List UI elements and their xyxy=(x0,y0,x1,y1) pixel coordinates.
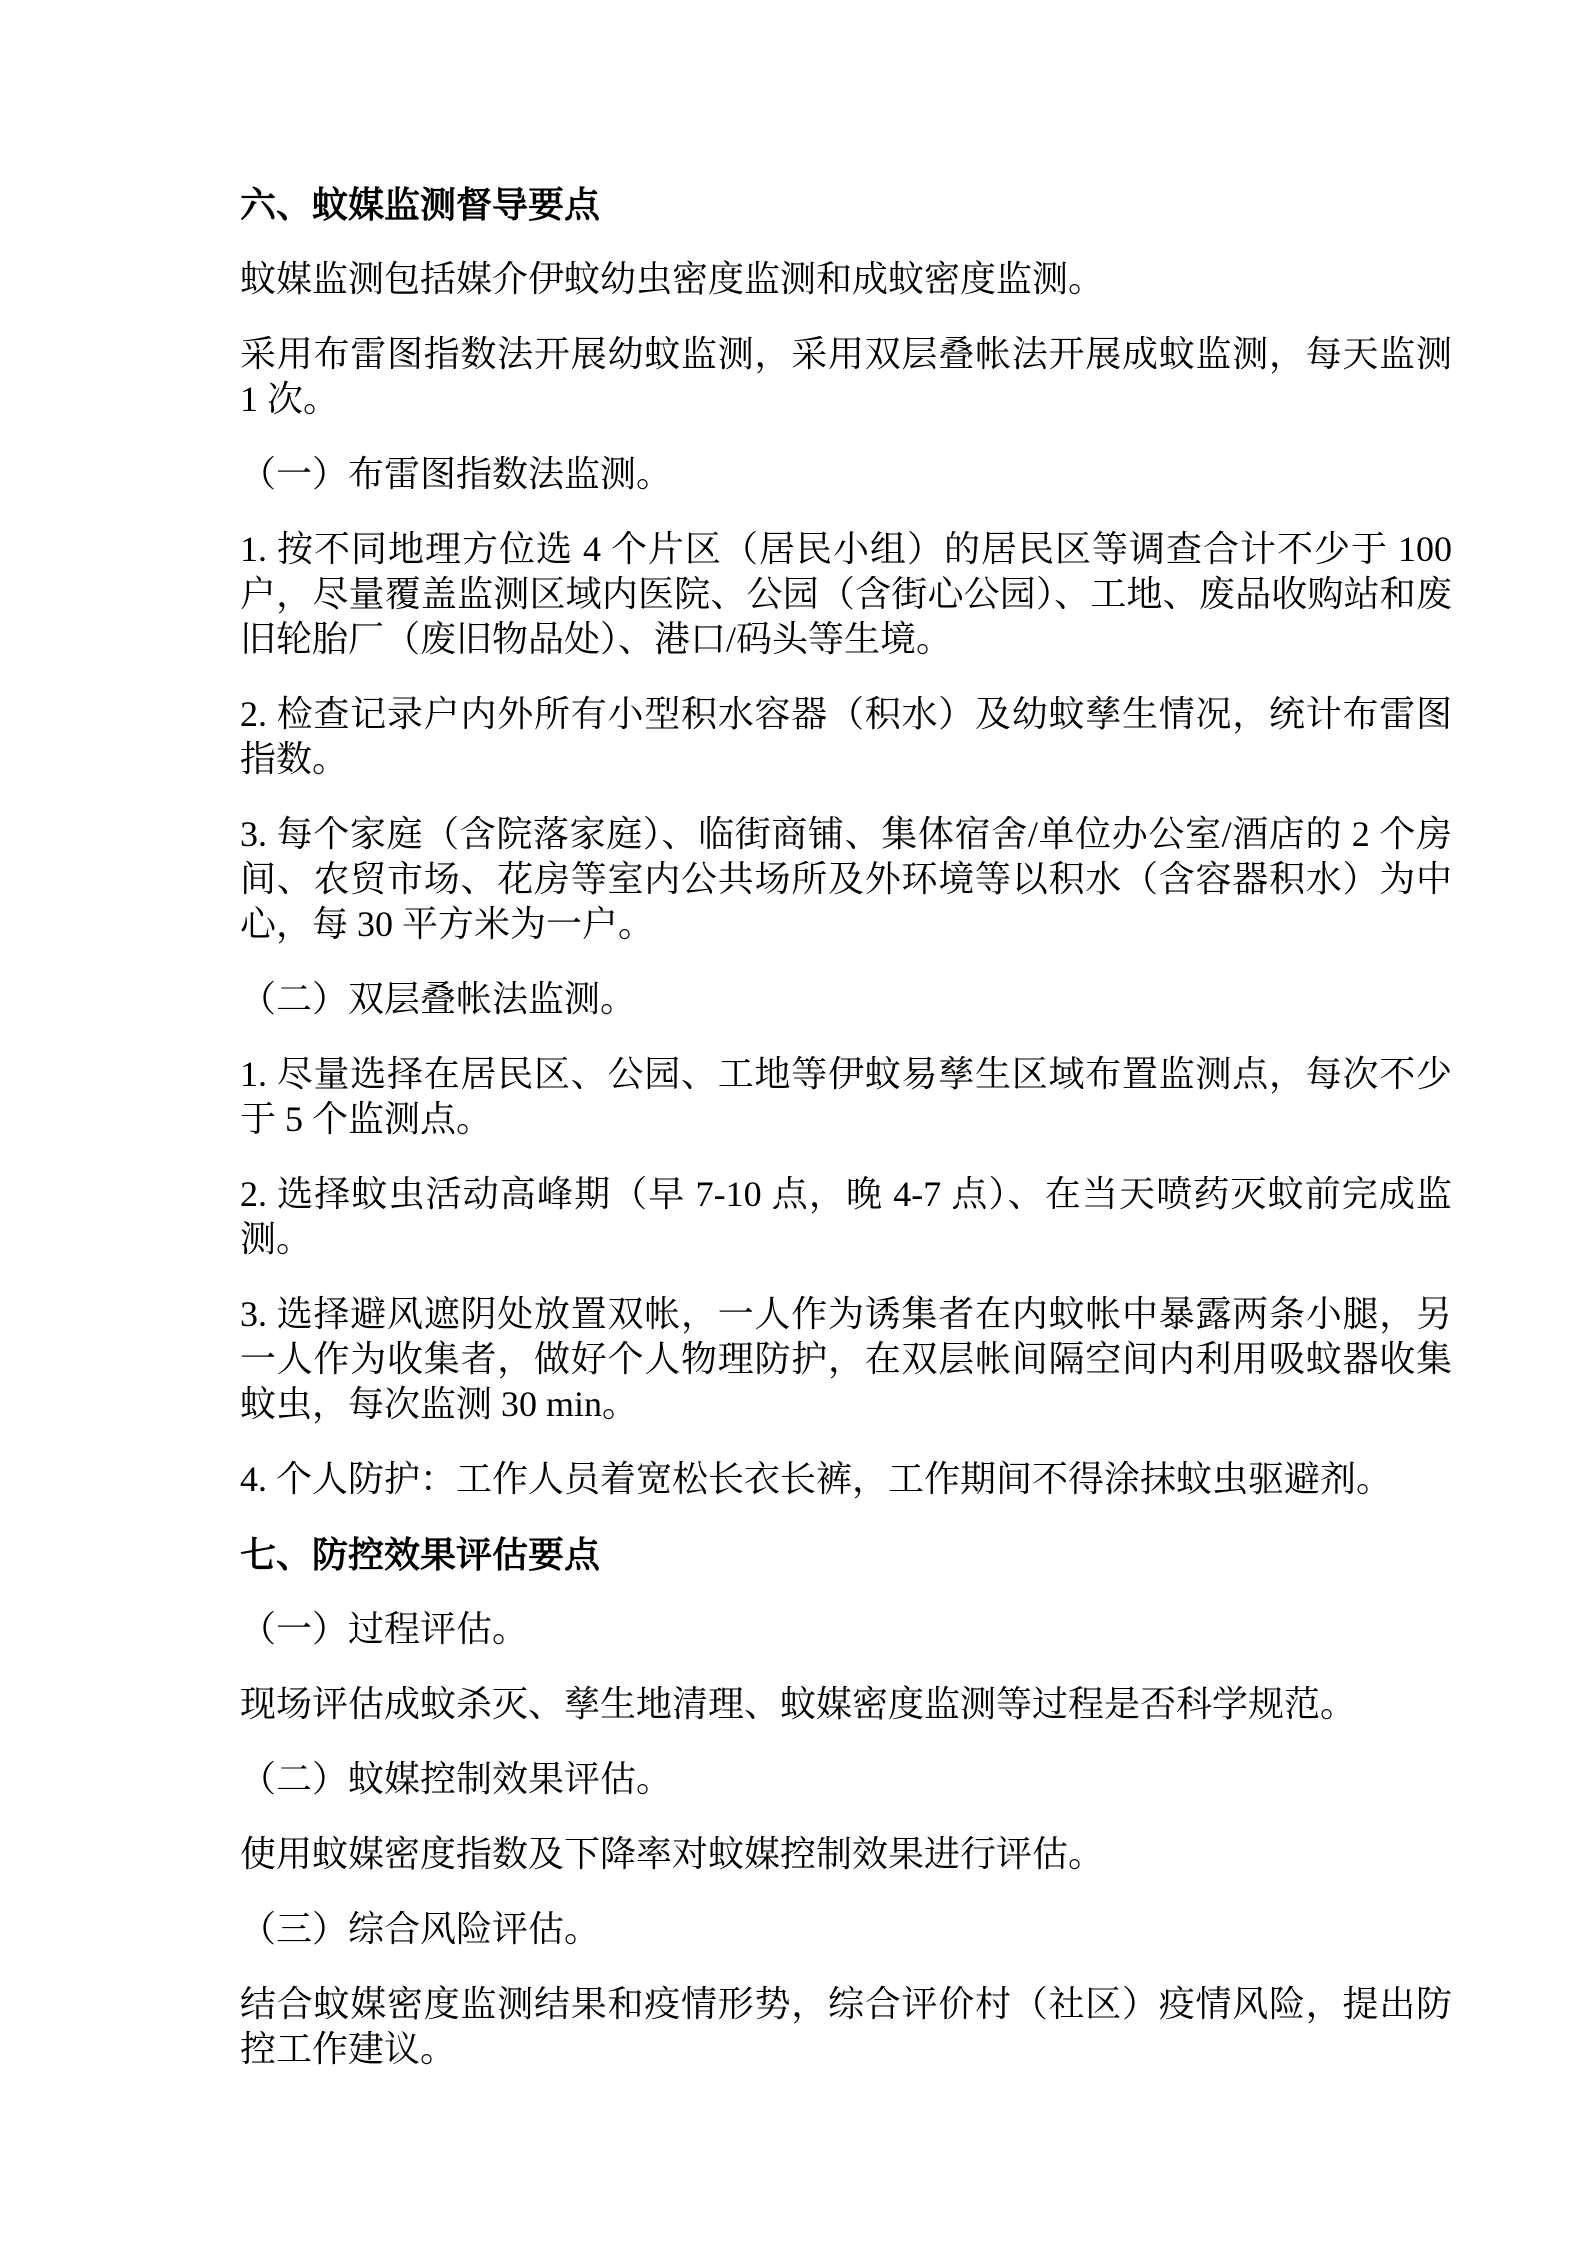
paragraph-breteau-item-1: 1. 按不同地理方位选 4 个片区（居民小组）的居民区等调查合计不少于 100 … xyxy=(240,527,1452,662)
paragraph-double-net-item-2: 2. 选择蚊虫活动高峰期（早 7-10 点，晚 4-7 点）、在当天喷药灭蚊前完… xyxy=(240,1172,1452,1262)
paragraph-double-net-item-1: 1. 尽量选择在居民区、公园、工地等伊蚊易孳生区域布置监测点，每次不少于 5 个… xyxy=(240,1052,1452,1142)
paragraph-comprehensive-risk-evaluation: 结合蚊媒密度监测结果和疫情形势，综合评价村（社区）疫情风险，提出防控工作建议。 xyxy=(240,1982,1452,2072)
subheading-comprehensive-risk-evaluation: （三）综合风险评估。 xyxy=(240,1907,1452,1952)
paragraph-monitoring-methods: 采用布雷图指数法开展幼蚊监测，采用双层叠帐法开展成蚊监测，每天监测 1 次。 xyxy=(240,332,1452,422)
paragraph-process-evaluation: 现场评估成蚊杀灭、孳生地清理、蚊媒密度监测等过程是否科学规范。 xyxy=(240,1682,1452,1727)
paragraph-breteau-item-2: 2. 检查记录户内外所有小型积水容器（积水）及幼蚊孳生情况，统计布雷图指数。 xyxy=(240,692,1452,782)
paragraph-monitoring-intro: 蚊媒监测包括媒介伊蚊幼虫密度监测和成蚊密度监测。 xyxy=(240,257,1452,302)
paragraph-vector-control-evaluation: 使用蚊媒密度指数及下降率对蚊媒控制效果进行评估。 xyxy=(240,1832,1452,1877)
paragraph-double-net-item-3: 3. 选择避风遮阴处放置双帐，一人作为诱集者在内蚊帐中暴露两条小腿，另一人作为收… xyxy=(240,1292,1452,1427)
document-page: 六、蚊媒监测督导要点 蚊媒监测包括媒介伊蚊幼虫密度监测和成蚊密度监测。 采用布雷… xyxy=(0,0,1587,2245)
subheading-double-net-method: （二）双层叠帐法监测。 xyxy=(240,977,1452,1022)
subheading-breteau-index-method: （一）布雷图指数法监测。 xyxy=(240,452,1452,497)
subheading-process-evaluation: （一）过程评估。 xyxy=(240,1607,1452,1652)
subheading-vector-control-evaluation: （二）蚊媒控制效果评估。 xyxy=(240,1757,1452,1802)
paragraph-breteau-item-3: 3. 每个家庭（含院落家庭）、临街商铺、集体宿舍/单位办公室/酒店的 2 个房间… xyxy=(240,812,1452,947)
section-heading-effect-evaluation: 七、防控效果评估要点 xyxy=(240,1532,1452,1577)
document-content: 六、蚊媒监测督导要点 蚊媒监测包括媒介伊蚊幼虫密度监测和成蚊密度监测。 采用布雷… xyxy=(240,182,1452,2102)
section-heading-mosquito-monitoring: 六、蚊媒监测督导要点 xyxy=(240,182,1452,227)
paragraph-personal-protection: 4. 个人防护：工作人员着宽松长衣长裤，工作期间不得涂抹蚊虫驱避剂。 xyxy=(240,1457,1452,1502)
